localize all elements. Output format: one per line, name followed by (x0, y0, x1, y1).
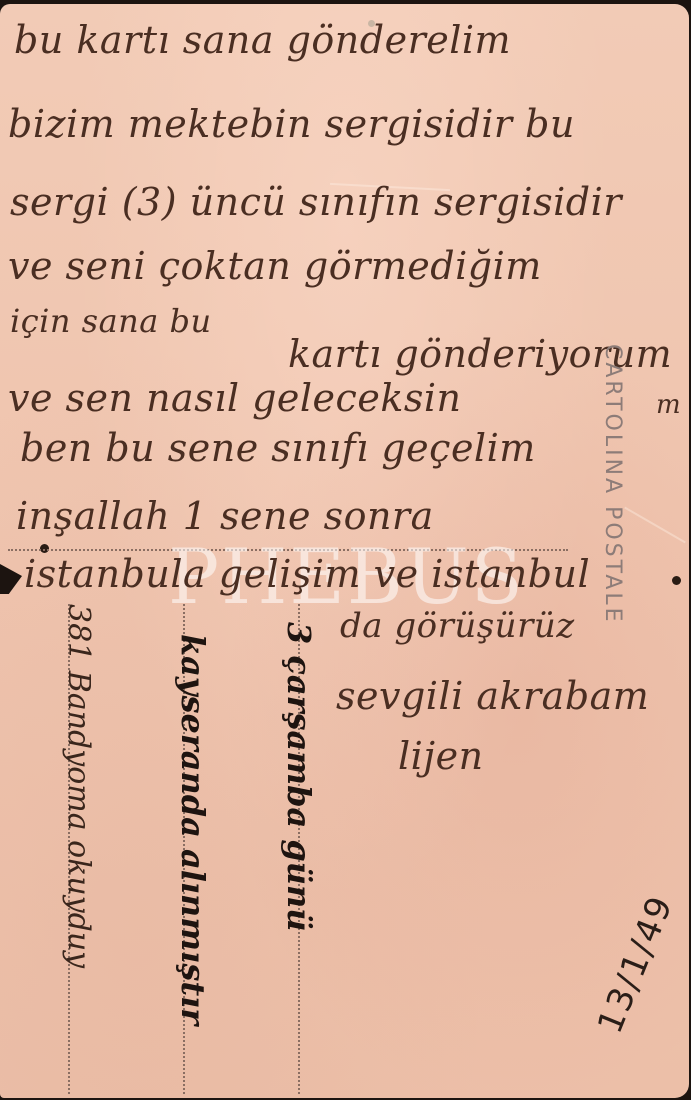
message-line-2: bizim mektebin sergisidir bu (8, 102, 575, 146)
message-line-3: sergi (3) üncü sınıfın sergisidir (10, 180, 622, 224)
torn-corner (0, 564, 22, 594)
address-line-2: kayseranda alınmıştır (174, 634, 212, 1025)
message-line-4: ve seni çoktan görmediğim (8, 244, 542, 288)
message-line-7: m (656, 390, 681, 420)
message-line-12: da görüşürüz (340, 606, 575, 646)
message-line-5: için sana bu (10, 302, 212, 340)
paper-crease (624, 507, 686, 544)
postcard-back: bu kartı sana gönderelim bizim mektebin … (0, 4, 689, 1098)
pin-hole (672, 576, 681, 585)
message-line-8: ve sen nasıl geleceksin (8, 376, 461, 420)
message-line-1: bu kartı sana gönderelim (14, 18, 511, 62)
printed-label: CARTOLINA POSTALE (600, 344, 625, 625)
address-line-1: 381 Bandyoma okuyduy (61, 604, 96, 968)
address-line-3: 3 çarşamba günü (280, 622, 318, 932)
message-line-11: istanbula gelişim ve istanbul (24, 552, 590, 596)
message-line-13: sevgili akrabam (336, 674, 649, 718)
message-line-9: ben bu sene sınıfı geçelim (20, 426, 536, 470)
date-note: 13/1/49 (590, 889, 681, 1038)
message-line-14: lijen (398, 734, 484, 778)
